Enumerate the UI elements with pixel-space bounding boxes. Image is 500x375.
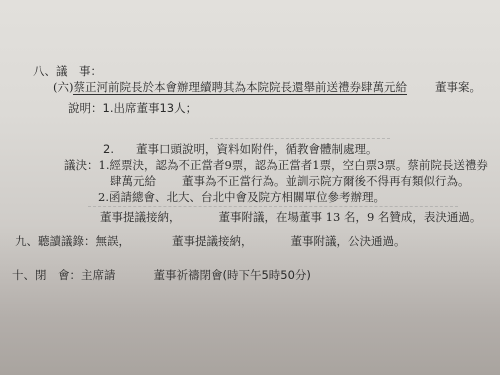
explanation-line-2: 2.董事口頭說明，資料如附件，循教會體制處理。 [103, 142, 377, 156]
section-9-motion-b: 董事附議，公決通過。 [291, 234, 406, 248]
resolution-1b-start: 肆萬元給 [110, 174, 156, 188]
motion-b: 董事附議，在場董事 13 名，9 名贊成，表決通過。 [219, 210, 482, 224]
faint-dashed-rule [88, 206, 458, 207]
item-6-prefix: (六) [53, 80, 73, 94]
motion-line: 董事提議接納，董事附議，在場董事 13 名，9 名贊成，表決通過。 [100, 210, 481, 224]
section-10-text: 董事祈禱閉會(時下午5時50分) [154, 268, 311, 282]
section-9-line: 九、聽讀議錄：無誤，董事提議接納，董事附議，公決通過。 [15, 234, 406, 248]
document-page: 八、議 事： (六)蔡正河前院長於本會辦理續聘其為本院院長還舉前送禮券肆萬元給董… [0, 0, 500, 375]
explanation-label: 說明： [68, 101, 103, 115]
section-9-heading: 九、聽讀議錄：無誤， [15, 234, 130, 248]
resolution-1b-end: 董事為不正當行為。並訓示院方爾後不得再有類似行為。 [182, 174, 470, 188]
item-6-title: (六)蔡正河前院長於本會辦理續聘其為本院院長還舉前送禮券肆萬元給董事案。 [53, 80, 481, 94]
explanation-2-text: 董事口頭說明，資料如附件，循教會體制處理。 [136, 142, 378, 156]
resolution-line-1b: 肆萬元給董事為不正當行為。並訓示院方爾後不得再有類似行為。 [110, 174, 470, 188]
explanation-2-number: 2. [103, 142, 114, 156]
section-8-heading: 八、議 事： [33, 64, 102, 78]
explanation-1: 1.出席董事13人； [103, 101, 198, 115]
section-10-heading: 十、閉 會：主席請 [12, 268, 116, 282]
faint-rule [210, 138, 390, 139]
item-6-title-suffix: 董事案。 [435, 80, 481, 94]
section-10-line: 十、閉 會：主席請董事祈禱閉會(時下午5時50分) [12, 268, 311, 282]
resolution-line-2: 2.函請總會、北大、台北中會及院方相關單位參考辦理。 [98, 190, 385, 204]
motion-a: 董事提議接納， [100, 210, 181, 224]
resolution-line-1: 議決：1.經票決，認為不正當者9票，認為正當者1票，空白票3票。蔡前院長送禮券 [64, 158, 488, 172]
explanation-line-1: 說明：1.出席董事13人； [68, 101, 197, 115]
resolution-1a: 1.經票決，認為不正當者9票，認為正當者1票，空白票3票。蔡前院長送禮券 [99, 158, 488, 172]
resolution-label: 議決： [64, 158, 99, 172]
section-9-motion-a: 董事提議接納， [172, 234, 253, 248]
item-6-title-underlined: 蔡正河前院長於本會辦理續聘其為本院院長還舉前送禮券肆萬元給 [73, 80, 407, 95]
